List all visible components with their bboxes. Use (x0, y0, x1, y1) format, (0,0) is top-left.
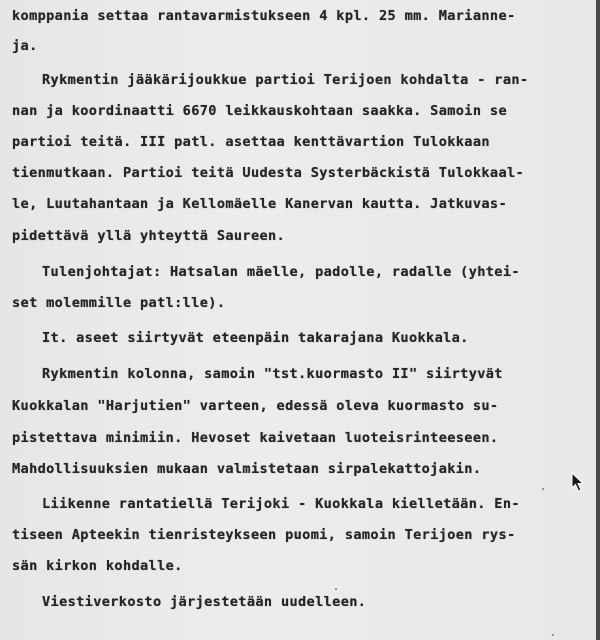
text-line: nan ja koordinaatti 6670 leikkauskohtaan… (12, 103, 507, 119)
text-line: Tulenjohtajat: Hatsalan mäelle, padolle,… (42, 264, 520, 280)
scan-speck (552, 634, 554, 636)
text-line: Viestiverkosto järjestetään uudelleen. (42, 594, 366, 610)
text-line: tiseen Apteekin tienristeykseen puomi, s… (12, 527, 516, 543)
mouse-pointer-icon (571, 472, 585, 492)
text-line: komppania settaa rantavarmistukseen 4 kp… (12, 8, 516, 24)
text-line: le, Luutahantaan ja Kellomäelle Kanervan… (12, 196, 507, 212)
text-line: ja. (12, 38, 38, 54)
text-line: Rykmentin kolonna, samoin "tst.kuormasto… (42, 366, 503, 382)
text-line: Mahdollisuuksien mukaan valmistetaan sir… (12, 461, 481, 477)
scan-speck (335, 588, 337, 590)
text-line: Liikenne rantatiellä Terijoki - Kuokkala… (42, 496, 520, 512)
scanned-typewritten-page: komppania settaa rantavarmistukseen 4 kp… (0, 0, 600, 640)
text-line: sän kirkon kohdalle. (12, 558, 183, 574)
text-line: Rykmentin jääkärijoukkue partioi Terijoe… (42, 72, 528, 88)
text-line: tienmutkaan. Partioi teitä Uudesta Syste… (12, 165, 524, 181)
text-line: Kuokkalan "Harjutien" varteen, edessä ol… (12, 398, 498, 414)
text-line: pidettävä yllä yhteyttä Saureen. (12, 228, 285, 244)
text-line: pistettava minimiin. Hevoset kaivetaan l… (12, 430, 498, 446)
scan-speck (542, 488, 544, 490)
text-line: It. aseet siirtyvät eteenpäin takarajana… (42, 330, 469, 346)
text-line: partioi teitä. III patl. asettaa kenttäv… (12, 134, 490, 150)
text-line: set molemmille patl:lle). (12, 295, 225, 311)
